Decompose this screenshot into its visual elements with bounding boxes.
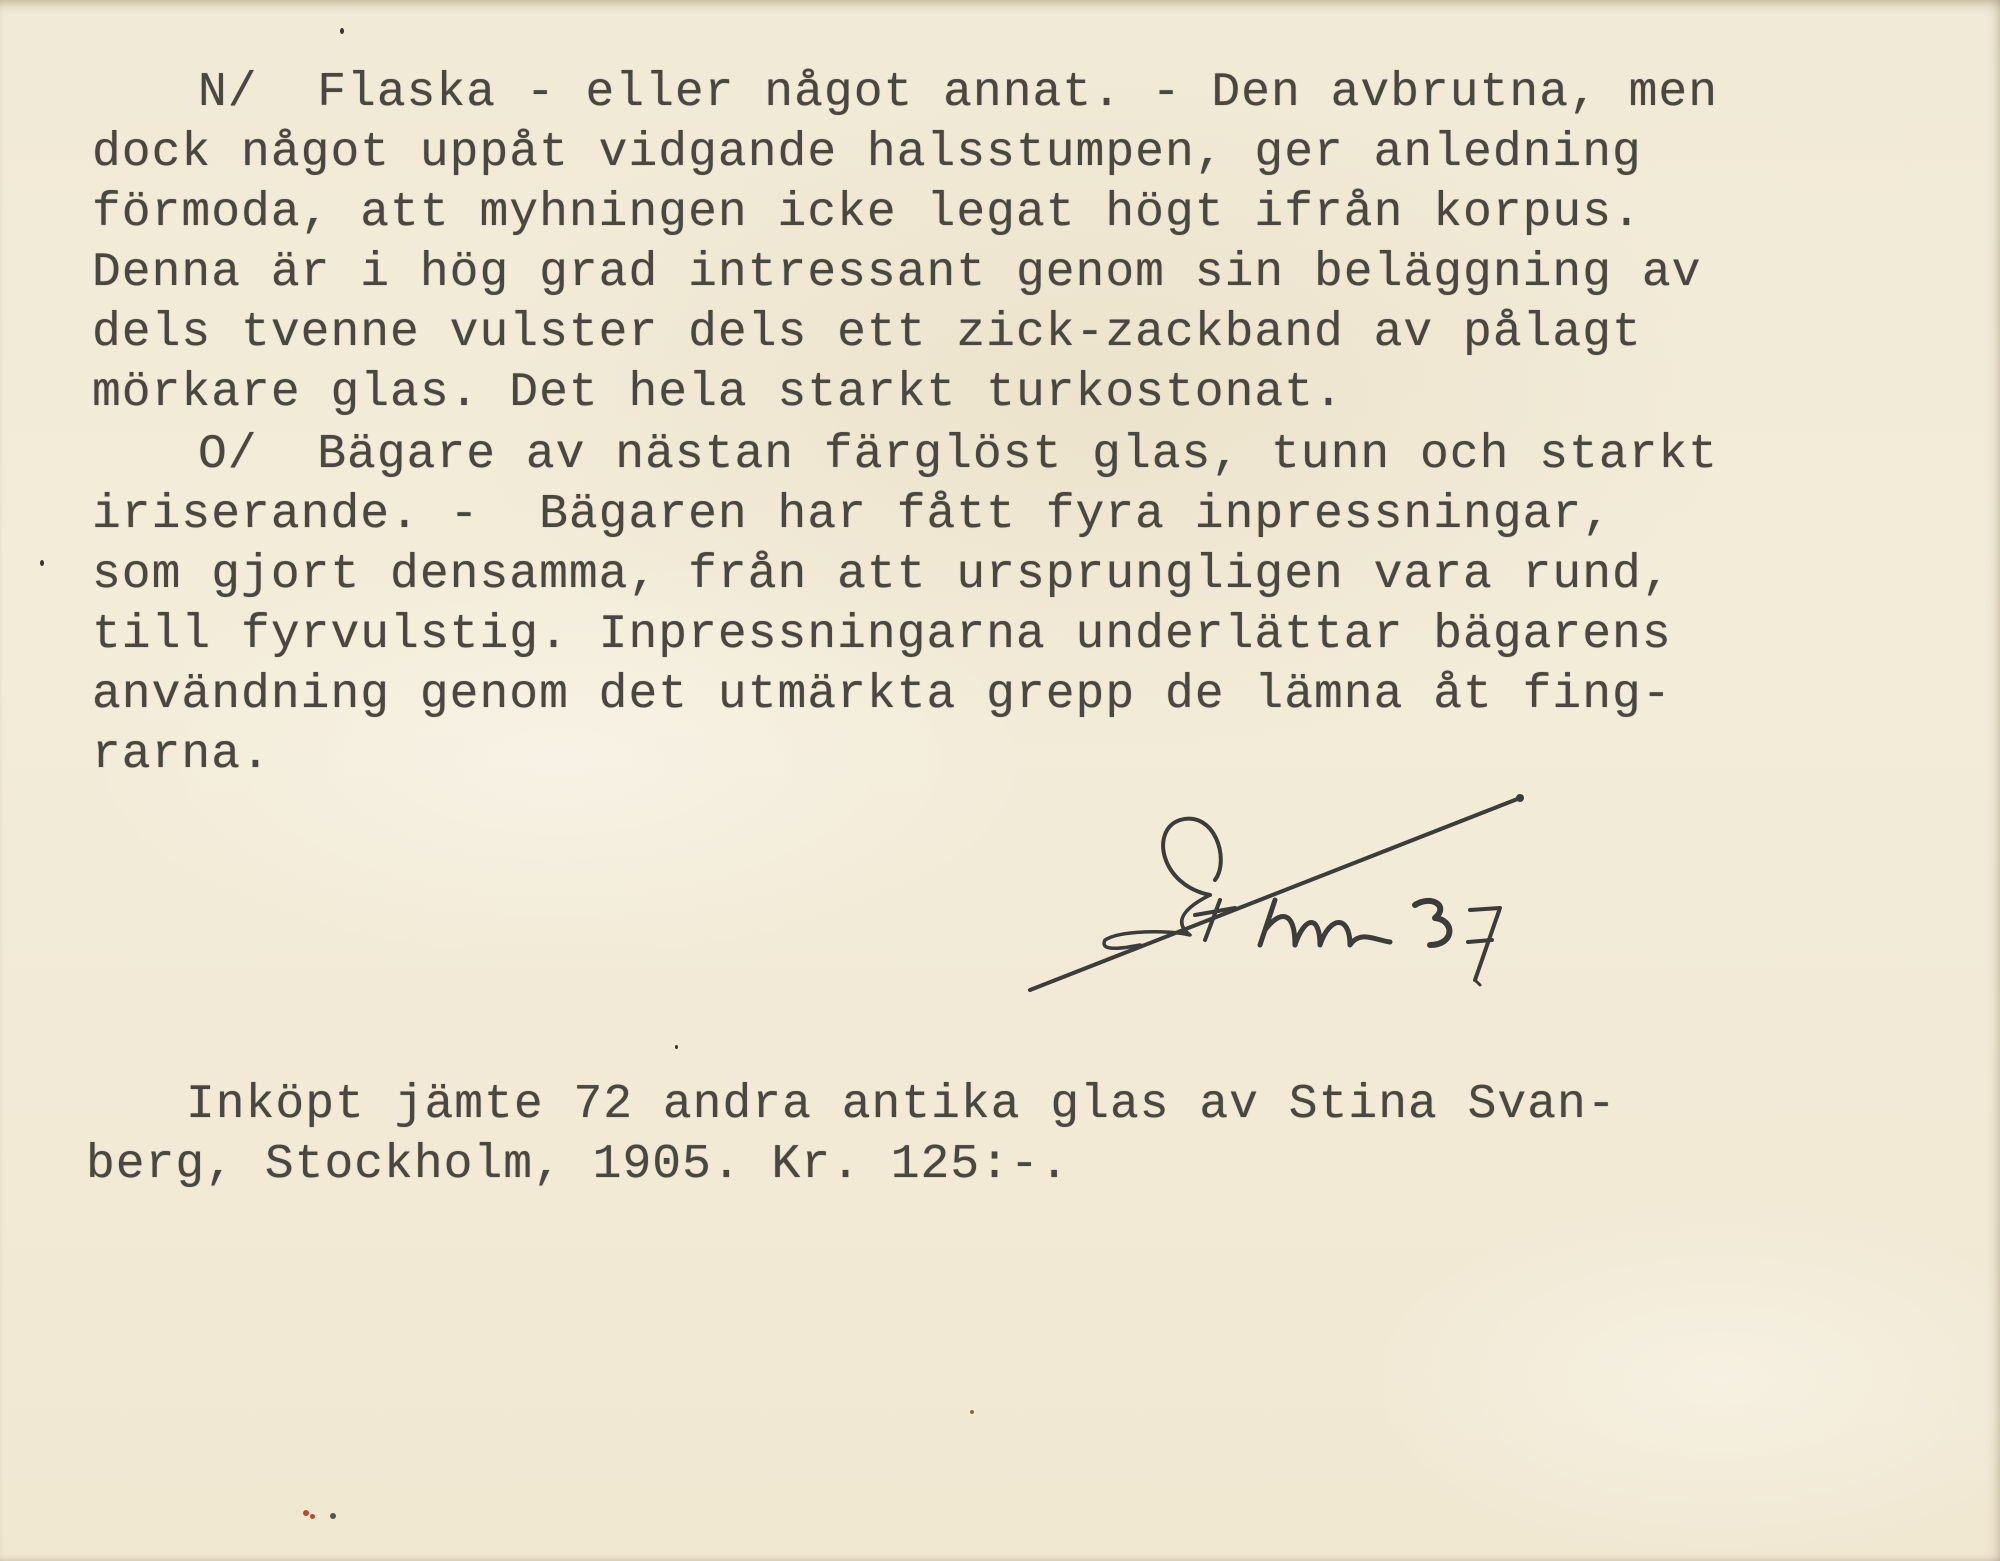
paragraph-n-line-3: förmoda, att myhningen icke legat högt i… <box>92 186 1642 240</box>
paragraph-n-line-2: dock något uppåt vidgande halsstumpen, g… <box>92 126 1642 180</box>
provenance-line-1: Inköpt jämte 72 andra antika glas av Sti… <box>186 1078 1617 1132</box>
paragraph-n-line-5: dels tvenne vulster dels ett zick-zackba… <box>92 306 1642 360</box>
paragraph-o-line-1: O/ Bägare av nästan färglöst glas, tunn … <box>198 428 1718 482</box>
handwritten-signature <box>1020 780 1700 1000</box>
paragraph-o-line-4: till fyrvulstig. Inpressningarna underlä… <box>92 608 1672 662</box>
provenance-line-2: berg, Stockholm, 1905. Kr. 125:-. <box>86 1138 1070 1192</box>
paragraph-n-line-4: Denna är i hög grad intressant genom sin… <box>92 246 1701 300</box>
paper-speck <box>330 1513 336 1519</box>
document-page: N/ Flaska - eller något annat. - Den avb… <box>0 0 2000 1561</box>
paper-speck <box>675 1045 678 1049</box>
paper-speck <box>40 560 44 566</box>
paper-speck <box>340 28 344 34</box>
paragraph-o-line-3: som gjort densamma, från att ursprunglig… <box>92 548 1672 602</box>
paper-speck <box>303 1510 309 1516</box>
paragraph-o-line-5: användning genom det utmärkta grepp de l… <box>92 668 1672 722</box>
paper-speck <box>970 1410 974 1414</box>
paper-speck <box>310 1514 315 1519</box>
paragraph-o-line-6: rarna. <box>92 728 271 782</box>
paragraph-o-line-2: iriserande. - Bägaren har fått fyra inpr… <box>92 488 1612 542</box>
paragraph-n-line-1: N/ Flaska - eller något annat. - Den avb… <box>198 66 1718 120</box>
paragraph-n-line-6: mörkare glas. Det hela starkt turkostona… <box>92 366 1344 420</box>
